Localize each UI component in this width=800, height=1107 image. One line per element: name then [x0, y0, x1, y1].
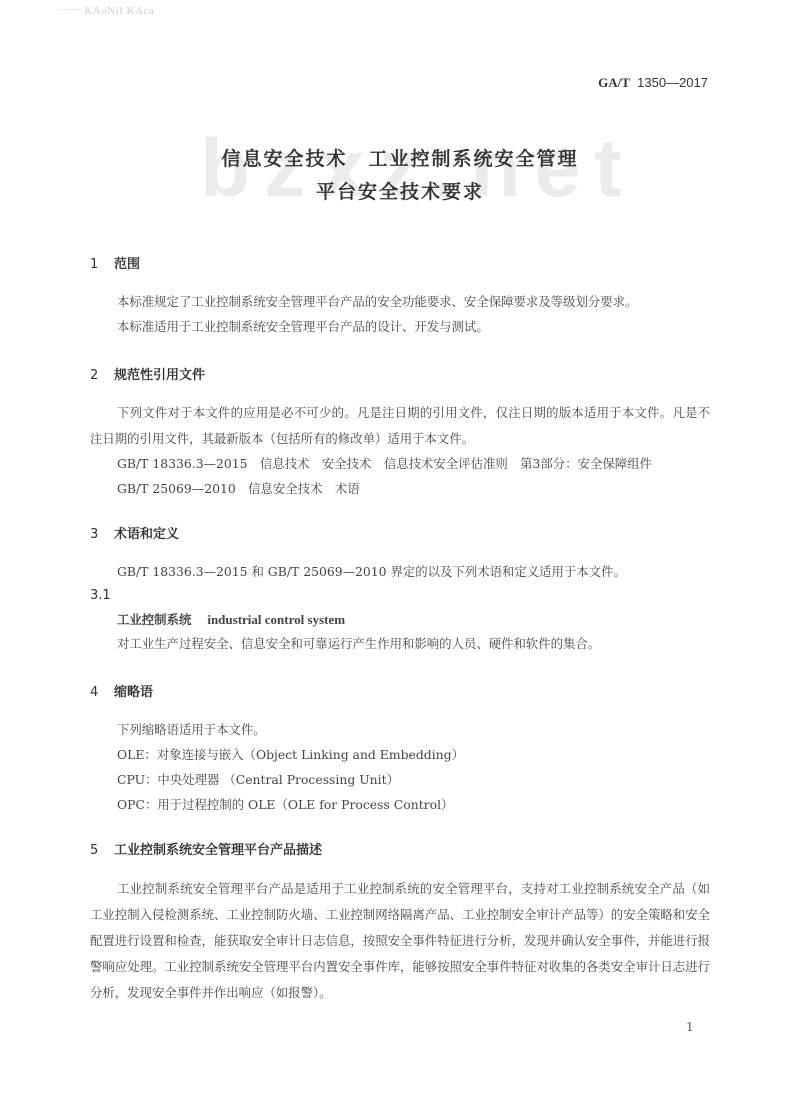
term-en: industrial control system	[207, 612, 345, 627]
doc-number-value: 1350—2017	[637, 75, 708, 90]
section-3-intro: GB/T 18336.3—2015 和 GB/T 25069—2010 界定的以…	[117, 559, 626, 585]
document-number: GA/T 1350—2017	[598, 75, 708, 91]
section-3-heading: 3术语和定义	[90, 523, 179, 542]
section-5-body: 工业控制系统安全管理平台产品是适用于工业控制系统的安全管理平台，支持对工业控制系…	[90, 876, 710, 1006]
section-number: 3	[90, 527, 114, 542]
section-title: 术语和定义	[114, 527, 179, 542]
section-number: 4	[90, 685, 114, 700]
term-definition: 对工业生产过程安全、信息安全和可靠运行产生作用和影响的人员、硬件和软件的集合。	[117, 631, 600, 657]
section-title: 工业控制系统安全管理平台产品描述	[114, 843, 322, 858]
term-number: 3.1	[90, 588, 111, 603]
normative-reference-1: GB/T 18336.3—2015 信息技术 安全技术 信息技术安全评估准则 第…	[117, 451, 652, 477]
section-number: 1	[90, 257, 114, 272]
term-zh: 工业控制系统	[117, 612, 191, 627]
section-1-para-1: 本标准规定了工业控制系统安全管理平台产品的安全功能要求、安全保障要求及等级划分要…	[117, 289, 637, 315]
section-number: 5	[90, 843, 114, 858]
section-4-intro: 下列缩略语适用于本文件。	[117, 717, 266, 743]
term-title: 工业控制系统industrial control system	[117, 607, 345, 633]
doc-number-prefix: GA/T	[598, 75, 630, 90]
section-4-heading: 4缩略语	[90, 681, 153, 700]
abbreviation-cpu: CPU：中央处理器 （Central Processing Unit）	[117, 767, 399, 793]
abbreviation-opc: OPC：用于过程控制的 OLE（OLE for Process Control）	[117, 792, 453, 818]
page-number: 1	[686, 1020, 694, 1034]
abbreviation-ole: OLE：对象连接与嵌入（Object Linking and Embedding…	[117, 742, 464, 768]
document-title-line1: 信息安全技术 工业控制系统安全管理	[0, 144, 800, 171]
section-2-intro: 下列文件对于本文件的应用是必不可少的。凡是注日期的引用文件，仅注日期的版本适用于…	[90, 400, 710, 452]
section-title: 缩略语	[114, 685, 153, 700]
section-title: 规范性引用文件	[114, 368, 205, 383]
scan-header-mark: 一一 KAoNiI KAca	[58, 2, 154, 18]
section-1-heading: 1范围	[90, 253, 140, 272]
section-number: 2	[90, 368, 114, 383]
section-1-para-2: 本标准适用于工业控制系统安全管理平台产品的设计、开发与测试。	[117, 314, 489, 340]
document-title-line2: 平台安全技术要求	[0, 177, 800, 204]
section-title: 范围	[114, 257, 140, 272]
section-2-heading: 2规范性引用文件	[90, 364, 205, 383]
section-5-heading: 5工业控制系统安全管理平台产品描述	[90, 839, 322, 858]
normative-reference-2: GB/T 25069—2010 信息安全技术 术语	[117, 476, 360, 502]
